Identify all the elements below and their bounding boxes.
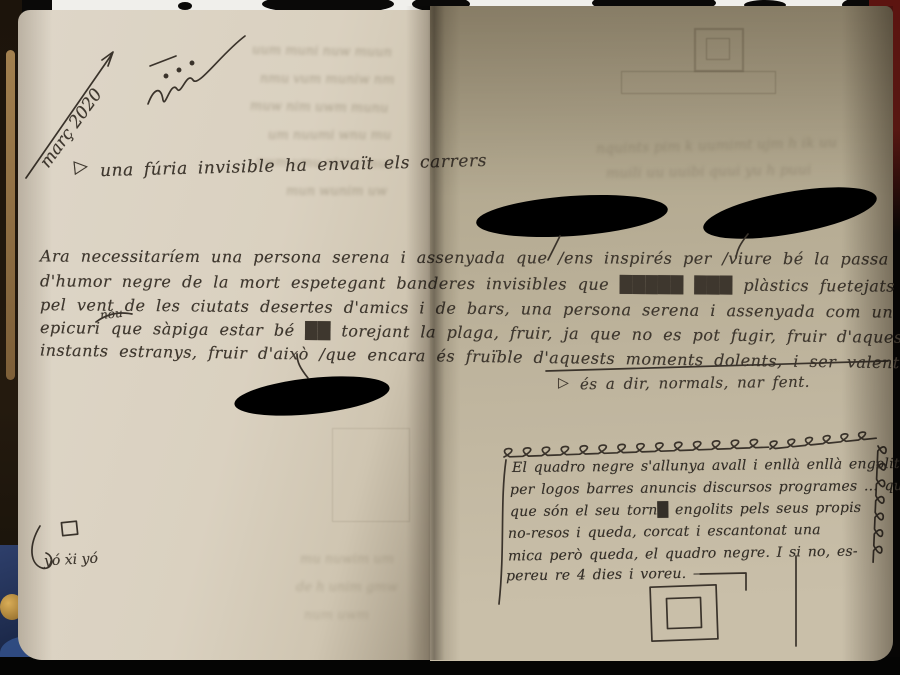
ghost-line: de h unim gmw: [296, 580, 398, 595]
spine-edge-highlight: [6, 50, 15, 380]
arrow-bullet-icon: ▷: [73, 155, 89, 177]
ghost-sketch-box: [332, 428, 410, 522]
music-doodle-text: yó ẋi yó: [44, 551, 99, 570]
paragraph-line: Ara necessitaríem una persona serena i a…: [40, 247, 889, 269]
ghost-line: mun wunim uw: [286, 184, 387, 199]
framed-note-line: pereu re 4 dies i voreu. —: [506, 566, 707, 585]
ghost-stamp: [694, 28, 744, 72]
ghost-stamp-inner: [706, 38, 730, 60]
ghost-line: nmu vum muniw nm: [260, 71, 395, 87]
insertion-word: nou: [99, 306, 123, 322]
ghost-line: muw nim uwm munu: [250, 99, 389, 116]
ghost-line: um nuumi wnu mu: [268, 128, 391, 143]
ghost-label-strip: [621, 71, 776, 94]
side-note-text: és a dir, normals, nar fent.: [580, 373, 810, 393]
ghost-line: mu nuwim um: [300, 552, 394, 567]
ghost-line: uum muni nuw muun: [252, 43, 392, 60]
arrow-bullet-icon: ▷: [558, 375, 569, 391]
border-blob: [178, 2, 192, 10]
notebook-photo: uum muni nuw muun nmu vum muniw nm muw n…: [0, 0, 900, 675]
ghost-line: num uwm: [304, 608, 369, 623]
